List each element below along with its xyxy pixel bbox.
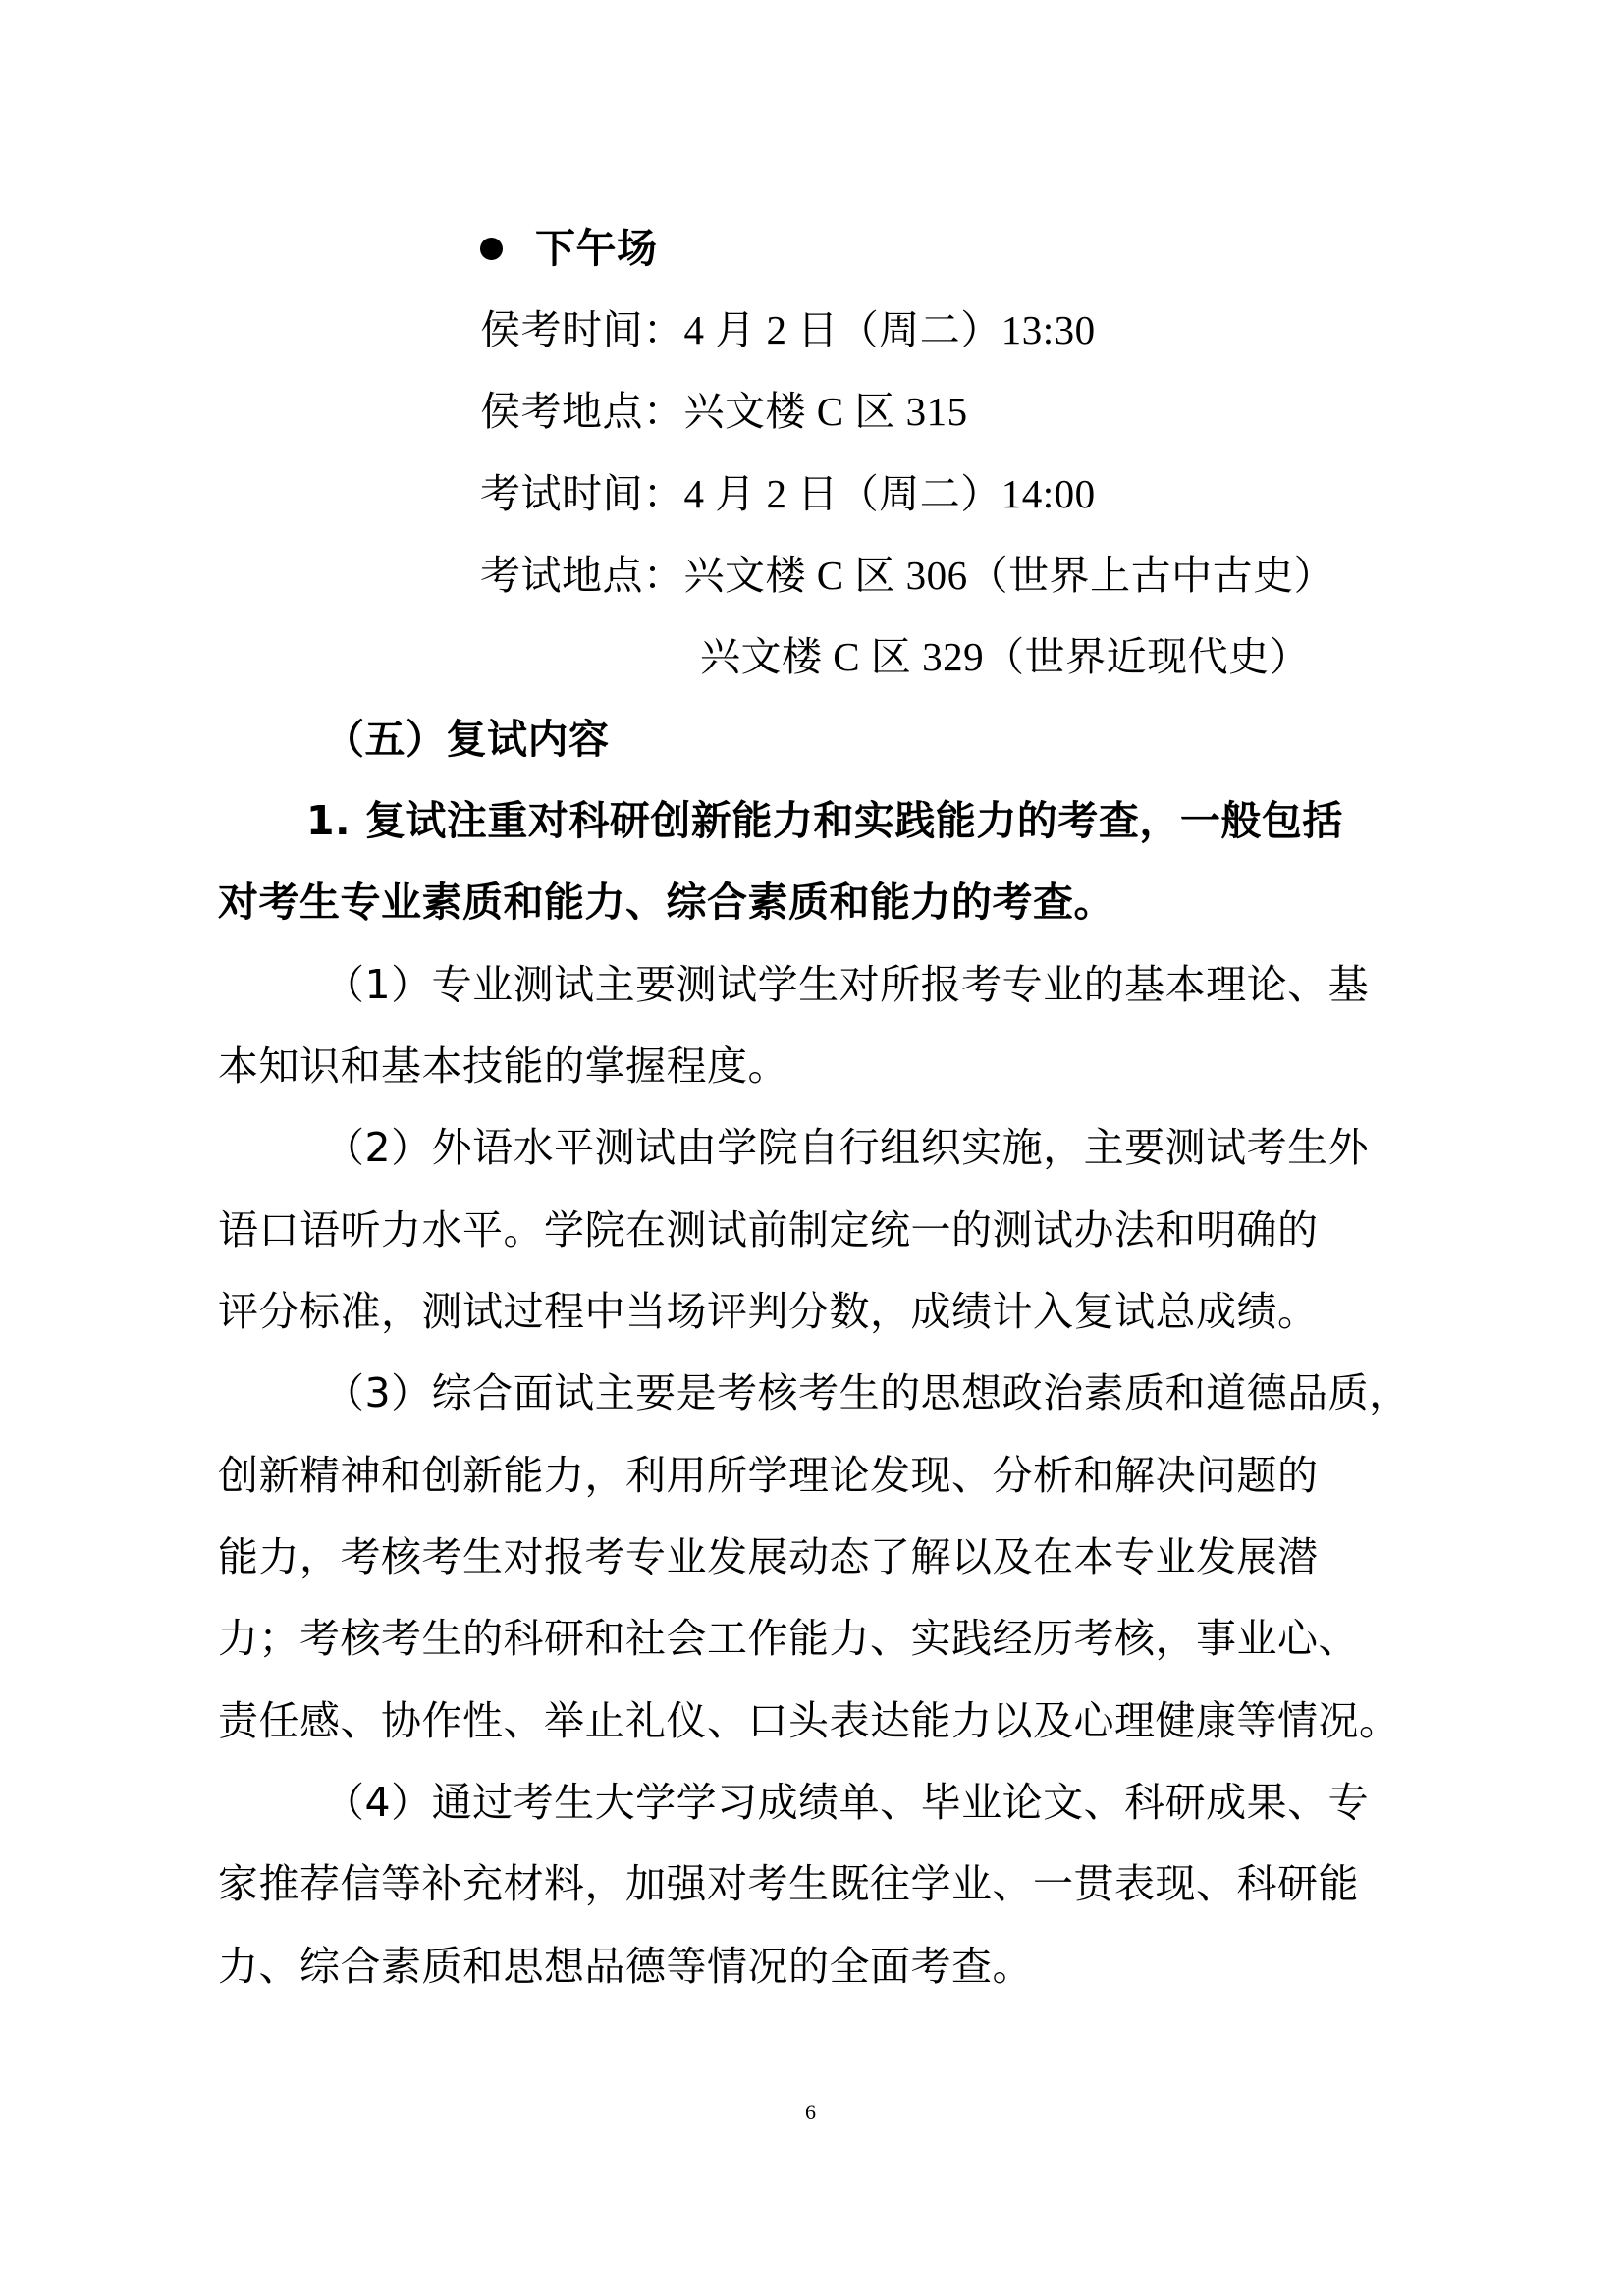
paragraph-line: 力；考核考生的科研和社会工作能力、实践经历考核，事业心、 [218, 1614, 1359, 1663]
paragraph-line: 语口语听力水平。学院在测试前制定统一的测试办法和明确的 [218, 1205, 1319, 1255]
info-label: 侯考时间： [480, 305, 684, 354]
info-value-continuation: 兴文楼 C 区 329（世界近现代史） [700, 632, 1310, 681]
emphasis-paragraph-line: 1. 复试注重对科研创新能力和实践能力的考查，一般包括 [306, 796, 1343, 845]
paragraph-line: 能力，考核考生对报考专业发展动态了解以及在本专业发展潜 [218, 1532, 1319, 1581]
bullet-icon [480, 238, 503, 260]
paragraph-line: 责任感、协作性、举止礼仪、口头表达能力以及心理健康等情况。 [218, 1696, 1400, 1745]
paragraph-line: 本知识和基本技能的掌握程度。 [218, 1041, 788, 1091]
paragraph-line: 家推荐信等补充材料，加强对考生既往学业、一贯表现、科研能 [218, 1859, 1359, 1908]
info-value: 兴文楼 C 区 315 [684, 389, 968, 434]
paragraph-line: 评分标准，测试过程中当场评判分数，成绩计入复试总成绩。 [218, 1287, 1319, 1336]
info-row: 侯考时间：4 月 2 日（周二）13:30 [480, 305, 1096, 354]
info-value: 4 月 2 日（周二）13:30 [684, 307, 1096, 352]
info-row: 考试时间：4 月 2 日（周二）14:00 [480, 469, 1096, 518]
paragraph-line: （1）专业测试主要测试学生对所报考专业的基本理论、基 [324, 960, 1369, 1009]
paragraph-line: 创新精神和创新能力，利用所学理论发现、分析和解决问题的 [218, 1451, 1319, 1500]
info-row: 考试地点：兴文楼 C 区 306（世界上古中古史） [480, 551, 1334, 600]
info-value: 4 月 2 日（周二）14:00 [684, 471, 1096, 516]
paragraph-line: 力、综合素质和思想品德等情况的全面考查。 [218, 1942, 1033, 1991]
info-label: 考试时间： [480, 469, 684, 518]
session-heading: 下午场 [535, 224, 658, 273]
emphasis-paragraph-line: 对考生专业素质和能力、综合素质和能力的考查。 [218, 878, 1114, 927]
info-label: 考试地点： [480, 551, 684, 600]
info-label: 侯考地点： [480, 387, 684, 436]
section-heading: （五）复试内容 [324, 715, 610, 764]
paragraph-line: （4）通过考生大学学习成绩单、毕业论文、科研成果、专 [324, 1778, 1369, 1827]
info-row: 侯考地点：兴文楼 C 区 315 [480, 387, 968, 436]
paragraph-line: （2）外语水平测试由学院自行组织实施，主要测试考生外 [324, 1123, 1369, 1172]
page-number: 6 [805, 2101, 816, 2124]
document-page: 下午场 侯考时间：4 月 2 日（周二）13:30 侯考地点：兴文楼 C 区 3… [0, 0, 1624, 2296]
info-value: 兴文楼 C 区 306（世界上古中古史） [684, 553, 1335, 598]
paragraph-line: （3）综合面试主要是考核考生的思想政治素质和道德品质， [324, 1368, 1410, 1417]
